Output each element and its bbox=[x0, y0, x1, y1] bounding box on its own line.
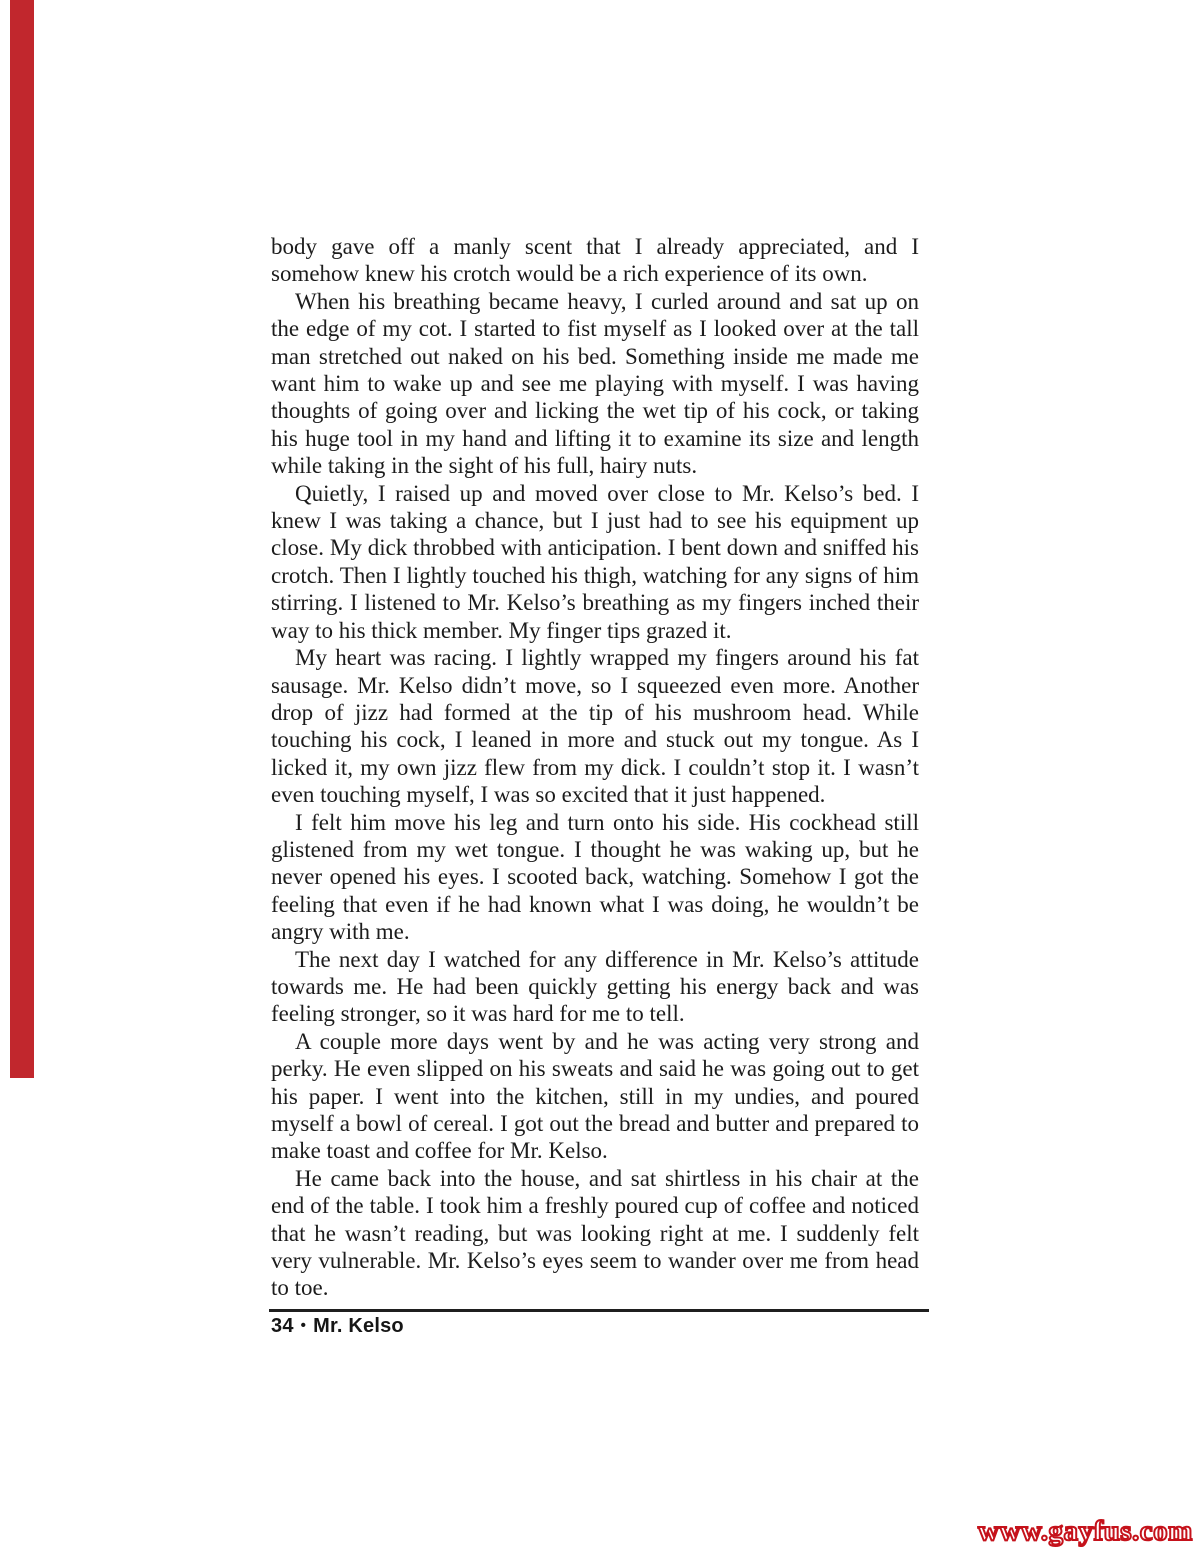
page-text-block: body gave off a manly scent that I alrea… bbox=[271, 233, 919, 1302]
body-paragraph: The next day I watched for any differenc… bbox=[271, 946, 919, 1028]
watermark: www.gayfus.com bbox=[978, 1515, 1193, 1548]
page-number: 34 bbox=[271, 1315, 294, 1337]
body-paragraph: Quietly, I raised up and moved over clos… bbox=[271, 480, 919, 644]
body-paragraph: My heart was racing. I lightly wrapped m… bbox=[271, 644, 919, 808]
body-paragraph: When his breathing became heavy, I curle… bbox=[271, 288, 919, 480]
page-edge-strip bbox=[10, 0, 34, 1078]
footer-rule bbox=[269, 1309, 929, 1312]
book-page: body gave off a manly scent that I alrea… bbox=[0, 0, 1200, 1552]
body-paragraph: A couple more days went by and he was ac… bbox=[271, 1028, 919, 1165]
book-title: Mr. Kelso bbox=[313, 1315, 404, 1337]
body-paragraph: I felt him move his leg and turn onto hi… bbox=[271, 809, 919, 946]
page-footer: 34•Mr. Kelso bbox=[271, 1315, 404, 1338]
body-paragraph: body gave off a manly scent that I alrea… bbox=[271, 233, 919, 288]
body-paragraph: He came back into the house, and sat shi… bbox=[271, 1165, 919, 1302]
footer-bullet: • bbox=[301, 1317, 306, 1334]
